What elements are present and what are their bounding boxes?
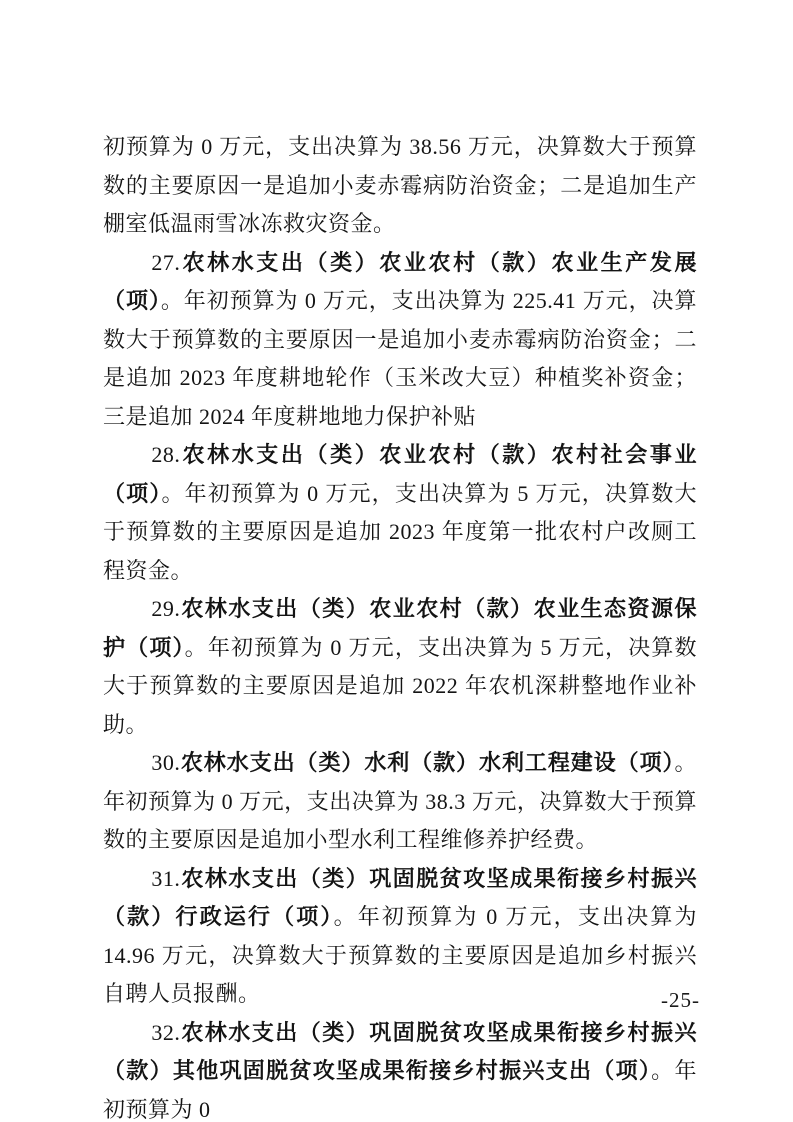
item-number: 29. bbox=[151, 596, 180, 621]
paragraph-continuation: 初预算为 0 万元，支出决算为 38.56 万元，决算数大于预算数的主要原因一是… bbox=[103, 128, 697, 244]
item-text: 。年初预算为 0 万元，支出决算为 5 万元，决算数大于预算数的主要原因是追加 … bbox=[103, 481, 697, 583]
item-number: 31. bbox=[151, 866, 180, 891]
budget-item-32: 32.农林水支出（类）巩固脱贫攻坚成果衔接乡村振兴（款）其他巩固脱贫攻坚成果衔接… bbox=[103, 1014, 697, 1122]
budget-item-31: 31.农林水支出（类）巩固脱贫攻坚成果衔接乡村振兴（款）行政运行（项）。年初预算… bbox=[103, 860, 697, 1014]
document-page: 初预算为 0 万元，支出决算为 38.56 万元，决算数大于预算数的主要原因一是… bbox=[0, 0, 793, 1122]
item-number: 30. bbox=[151, 750, 180, 775]
item-heading: 农林水支出（类）水利（款）水利工程建设（项） bbox=[180, 750, 674, 775]
page-number: -25- bbox=[661, 988, 700, 1013]
budget-item-29: 29.农林水支出（类）农业农村（款）农业生态资源保护（项）。年初预算为 0 万元… bbox=[103, 590, 697, 744]
document-body: 初预算为 0 万元，支出决算为 38.56 万元，决算数大于预算数的主要原因一是… bbox=[103, 128, 697, 1122]
item-number: 28. bbox=[151, 442, 180, 467]
paragraph-text: 初预算为 0 万元，支出决算为 38.56 万元，决算数大于预算数的主要原因一是… bbox=[103, 134, 697, 236]
item-number: 27. bbox=[151, 250, 180, 275]
budget-item-30: 30.农林水支出（类）水利（款）水利工程建设（项）。年初预算为 0 万元，支出决… bbox=[103, 744, 697, 860]
item-text: 。年初预算为 0 万元，支出决算为 5 万元，决算数大于预算数的主要原因是追加 … bbox=[103, 635, 697, 737]
budget-item-28: 28.农林水支出（类）农业农村（款）农村社会事业（项）。年初预算为 0 万元，支… bbox=[103, 436, 697, 590]
item-heading: 农林水支出（类）巩固脱贫攻坚成果衔接乡村振兴（款）其他巩固脱贫攻坚成果衔接乡村振… bbox=[103, 1020, 697, 1084]
item-text: 。年初预算为 0 万元，支出决算为 225.41 万元，决算数大于预算数的主要原… bbox=[103, 288, 697, 429]
budget-item-27: 27.农林水支出（类）农业农村（款）农业生产发展（项）。年初预算为 0 万元，支… bbox=[103, 244, 697, 437]
item-number: 32. bbox=[151, 1020, 180, 1045]
